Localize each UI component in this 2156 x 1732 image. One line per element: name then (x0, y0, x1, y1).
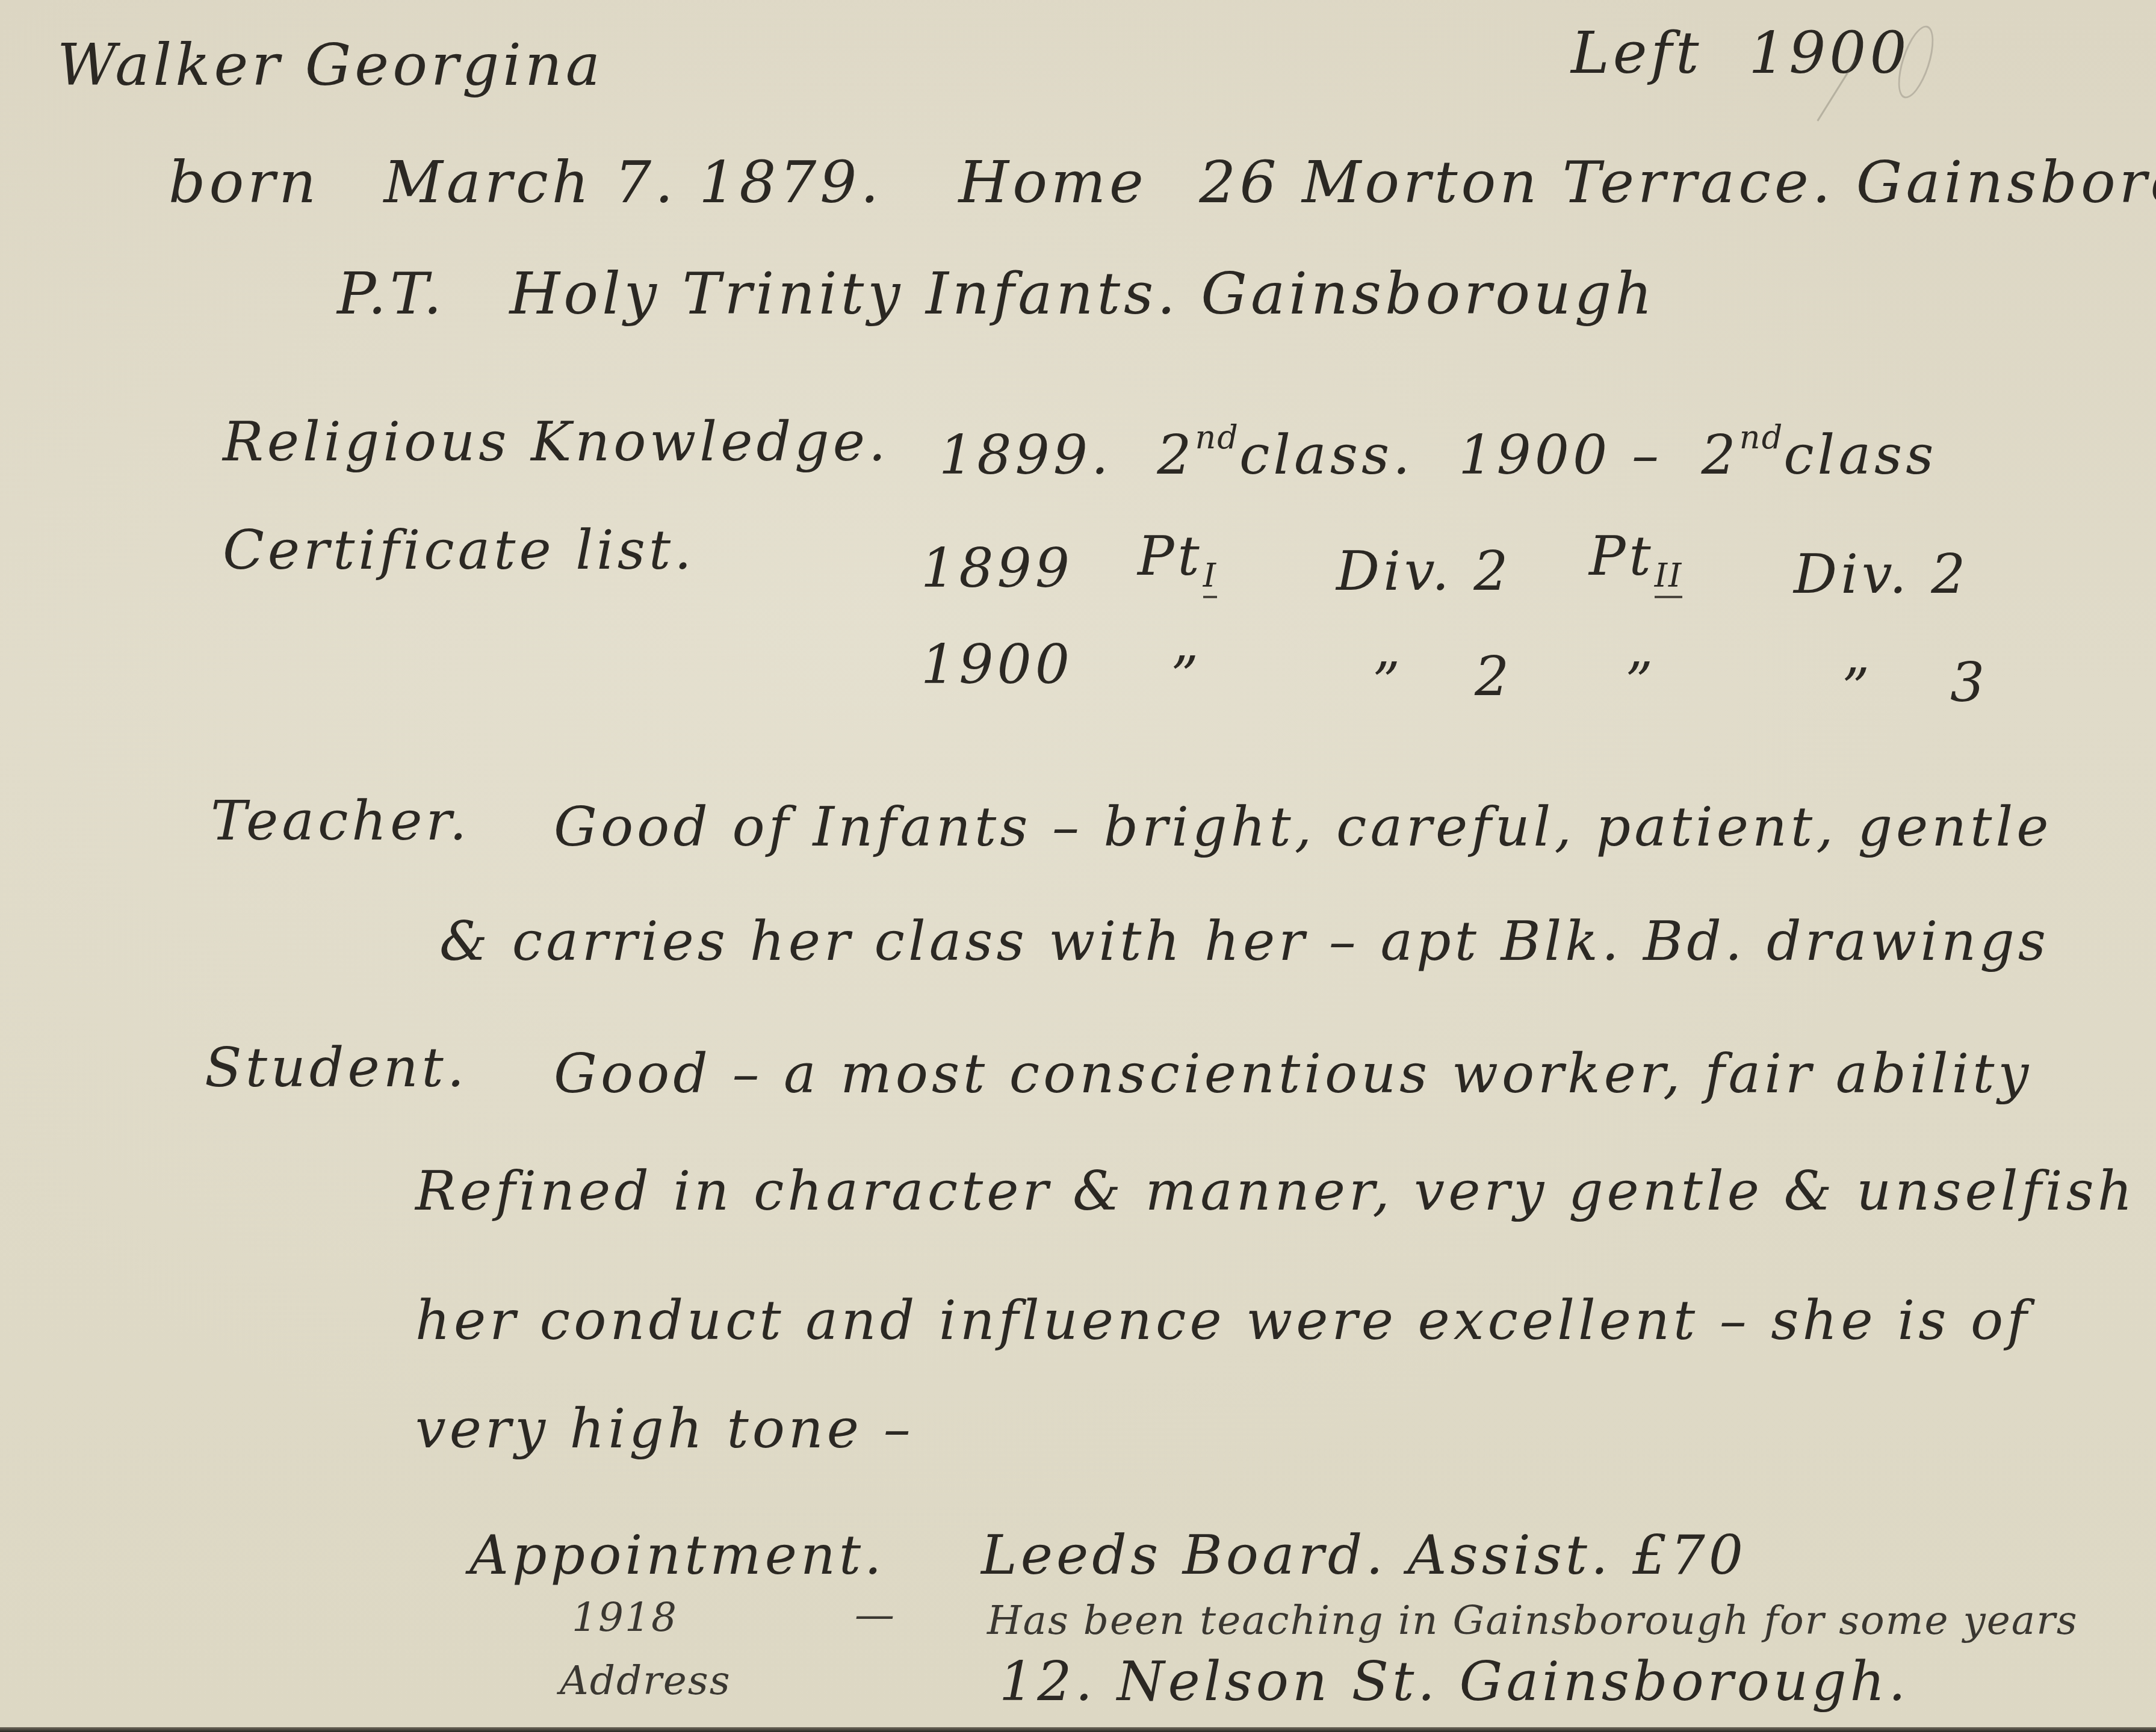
cert-div2: Div. 2 (1794, 548, 1969, 602)
cert-part1-label: Pt (1138, 525, 1203, 588)
pt-school: Holy Trinity Infants. Gainsborough (510, 260, 1656, 327)
rk-ordinal-1: 2 (1157, 424, 1195, 487)
address-label: Address (560, 1661, 731, 1701)
teacher-label: Teacher. (211, 794, 470, 849)
certificate-list-label: Certificate list. (223, 524, 695, 578)
home-address: 26 Morton Terrace. Gainsborough (1199, 149, 2156, 216)
cert-part1-num: I (1203, 557, 1217, 598)
born-line: born March 7. 1879. Home 26 Morton Terra… (169, 153, 2156, 211)
cert-part2: PtII (1589, 530, 1682, 592)
ditto-mark: ” (1842, 662, 1873, 716)
cert-div1: Div. 2 (1336, 545, 1512, 599)
pt-label: P.T. (337, 260, 445, 327)
page-bottom-edge (0, 1727, 2156, 1732)
rk-suffix-1: nd (1195, 418, 1239, 456)
student-line-1: Good – a most conscientious worker, fair… (554, 1047, 2032, 1101)
rk-year-1: 1899. (939, 424, 1112, 487)
born-date: March 7. 1879. (383, 149, 882, 216)
student-label: Student. (205, 1041, 468, 1095)
appointment-label: Appointment. (469, 1529, 885, 1583)
student-name: Walker Georgina (57, 36, 604, 94)
rk-ordinal-2: 2 (1702, 424, 1739, 487)
appointment-later-dash: — (855, 1595, 896, 1635)
address-value: 12. Nelson St. Gainsborough. (999, 1655, 1909, 1709)
rk-year-2: 1900 – (1458, 424, 1662, 487)
left-year: 1900 (1749, 19, 1910, 87)
born-label: born (169, 149, 320, 216)
appointment-value: Leeds Board. Assist. £70 (981, 1529, 1747, 1583)
rk-result-2: class (1783, 424, 1937, 487)
rk-suffix-2: nd (1739, 418, 1783, 456)
ditto-mark: ” (1625, 656, 1656, 710)
left-label: Left (1571, 19, 1703, 87)
student-line-4: very high tone – (415, 1402, 914, 1456)
cert-div2: 3 (1950, 656, 1988, 710)
teacher-line-1: Good of Infants – bright, careful, patie… (554, 800, 2052, 855)
left-date: Left 1900 (1571, 24, 1910, 82)
record-card: Walker Georgina Left 1900 born March 7. … (0, 0, 2156, 1727)
ditto-mark: ” (1372, 656, 1404, 710)
teacher-line-2: & carries her class with her – apt Blk. … (439, 915, 2049, 969)
appointment-later-note: Has been teaching in Gainsborough for so… (987, 1601, 2078, 1641)
cert-year: 1899 (921, 542, 1073, 596)
cert-part2-label: Pt (1589, 525, 1655, 588)
cert-part2-num: II (1655, 557, 1683, 598)
student-line-2: Refined in character & manner, very gent… (415, 1164, 2156, 1219)
religious-knowledge-values: 1899. 2ndclass. 1900 – 2ndclass (939, 421, 1937, 483)
ditto-mark: ” (1171, 650, 1202, 704)
cert-part1: PtI (1138, 530, 1217, 592)
home-label: Home (958, 149, 1147, 216)
cert-year: 1900 (921, 638, 1073, 692)
religious-knowledge-label: Religious Knowledge. (223, 415, 890, 469)
rk-result-1: class. (1239, 424, 1414, 487)
cert-div1: 2 (1475, 650, 1513, 704)
student-line-3: her conduct and influence were excellent… (415, 1294, 2030, 1348)
pt-line: P.T. Holy Trinity Infants. Gainsborough (337, 265, 1656, 323)
appointment-later-year: 1918 (572, 1598, 678, 1638)
